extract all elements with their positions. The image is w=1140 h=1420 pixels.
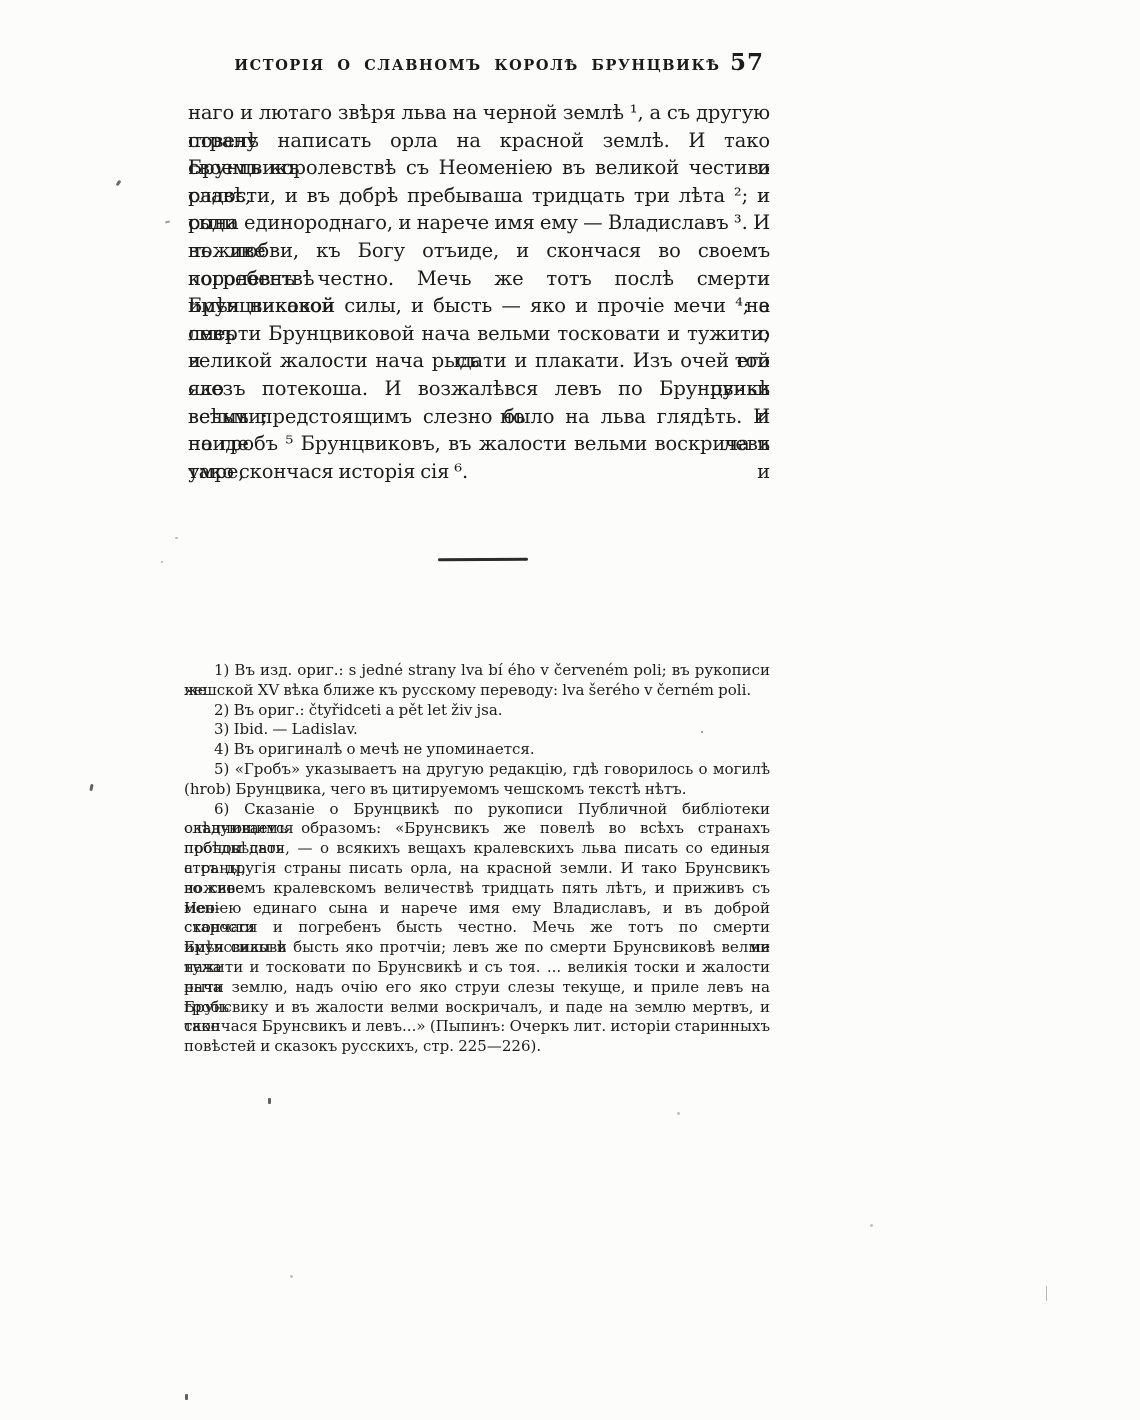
scan-artifact [677, 1112, 680, 1115]
footnote-line: Брунсвику и въ жалости велми воскричалъ,… [184, 998, 770, 1018]
footnote-line: 4) Въ оригиналѣ о мечѣ не упоминается. [184, 740, 770, 760]
footnote-line: а съ другія страны писать орла, на красн… [184, 859, 770, 879]
footnote-line: имѣя силы и бысть яко протчіи; левъ же п… [184, 938, 770, 958]
footnote-line: тужити и тосковати по Брунсвикѣ и съ тоя… [184, 958, 770, 978]
footnote-line: рыти землю, надъ очію его яко струи слез… [184, 978, 770, 998]
footnote-line: 2) Въ ориг.: čtyřidceti a pět let živ js… [184, 701, 770, 721]
text-line: въ любви, къ Богу отъиде, и скончася во … [188, 237, 770, 265]
book-page: ИСТОРІЯ О СЛАВНОМЪ КОРОЛѢ БРУНЦВИКѢ 57 н… [0, 0, 1140, 1420]
footnote-line: скончася и погребенъ бысть честно. Мечь … [184, 918, 770, 938]
text-line: наго и лютаго звѣря льва на черной землѣ… [188, 99, 770, 127]
footnote-line: 3) Ibid. — Ladislav. [184, 720, 770, 740]
scan-artifact [185, 1394, 188, 1400]
text-line: повелѣ написать орла на красной землѣ. И… [188, 127, 770, 155]
scan-artifact [268, 1098, 271, 1104]
text-line: на гробъ ⁵ Брунцвиковъ, въ жалости вельм… [188, 430, 770, 458]
footnote-line: повѣстей и сказокъ русскихъ, стр. 225—22… [184, 1037, 770, 1057]
footnote-line: скончася Брунсвикъ и левъ...» (Пыпинъ: О… [184, 1017, 770, 1037]
scan-artifact [1046, 1286, 1047, 1301]
footnote-line: чешской XV вѣка ближе къ русскому перево… [184, 681, 770, 701]
main-text: наго и лютаго звѣря льва на черной землѣ… [188, 99, 770, 485]
scan-artifact [165, 221, 170, 224]
text-line: сына единороднаго, и нарече имя ему — Вл… [188, 209, 770, 237]
scan-artifact [175, 537, 178, 539]
scan-artifact [870, 1224, 873, 1227]
running-title: ИСТОРІЯ О СЛАВНОМЪ КОРОЛѢ БРУНЦВИКѢ [185, 57, 770, 74]
text-line: всѣмъ предстоящимъ слезно было на льва г… [188, 403, 770, 431]
scan-artifact [290, 1275, 293, 1278]
footnote-line: во своемъ кралевскомъ величествѣ тридцат… [184, 879, 770, 899]
footnote-line: (hrob) Брунцвика, чего въ цитируемомъ че… [184, 780, 770, 800]
text-line: радости, и въ добрѣ пребываша тридцать т… [188, 182, 770, 210]
footnote-line: 6) Сказаніе о Брунцвикѣ по рукописи Публ… [184, 800, 770, 820]
footnote-line: меніею единаго сына и нарече имя ему Вла… [184, 899, 770, 919]
footnotes: 1) Въ изд. ориг.: s jedné strany lva bí … [184, 661, 770, 1057]
page-number: 57 [730, 49, 764, 76]
scan-artifact [161, 561, 163, 563]
text-line: погребенъ честно. Мечь же тотъ послѣ сме… [188, 265, 770, 293]
text-line: имѣя никакой силы, и бысть — яко и прочі… [188, 292, 770, 320]
footnote-line: 5) «Гробъ» указываетъ на другую редакцію… [184, 760, 770, 780]
text-line: смерти Брунцвиковой нача вельми тосковат… [188, 320, 770, 348]
scan-artifact [701, 731, 703, 733]
scan-artifact [116, 180, 122, 187]
footnote-line: 1) Въ изд. ориг.: s jedné strany lva bí … [184, 661, 770, 681]
footnote-line: побѣды своя, — о всякихъ вещахъ кралевск… [184, 839, 770, 859]
scan-artifact [89, 784, 93, 791]
footnote-line: слѣдующимъ образомъ: «Брунсвикъ же повел… [184, 819, 770, 839]
page-header: ИСТОРІЯ О СЛАВНОМЪ КОРОЛѢ БРУНЦВИКѢ 57 [185, 57, 770, 74]
text-line: великой жалости нача рыдати и плакати. И… [188, 347, 770, 375]
text-line: своемъ королевствѣ съ Неоменіею въ велик… [188, 154, 770, 182]
text-line: слезъ потекоша. И возжалѣвся левъ по Бру… [188, 375, 770, 403]
section-divider [438, 558, 528, 561]
